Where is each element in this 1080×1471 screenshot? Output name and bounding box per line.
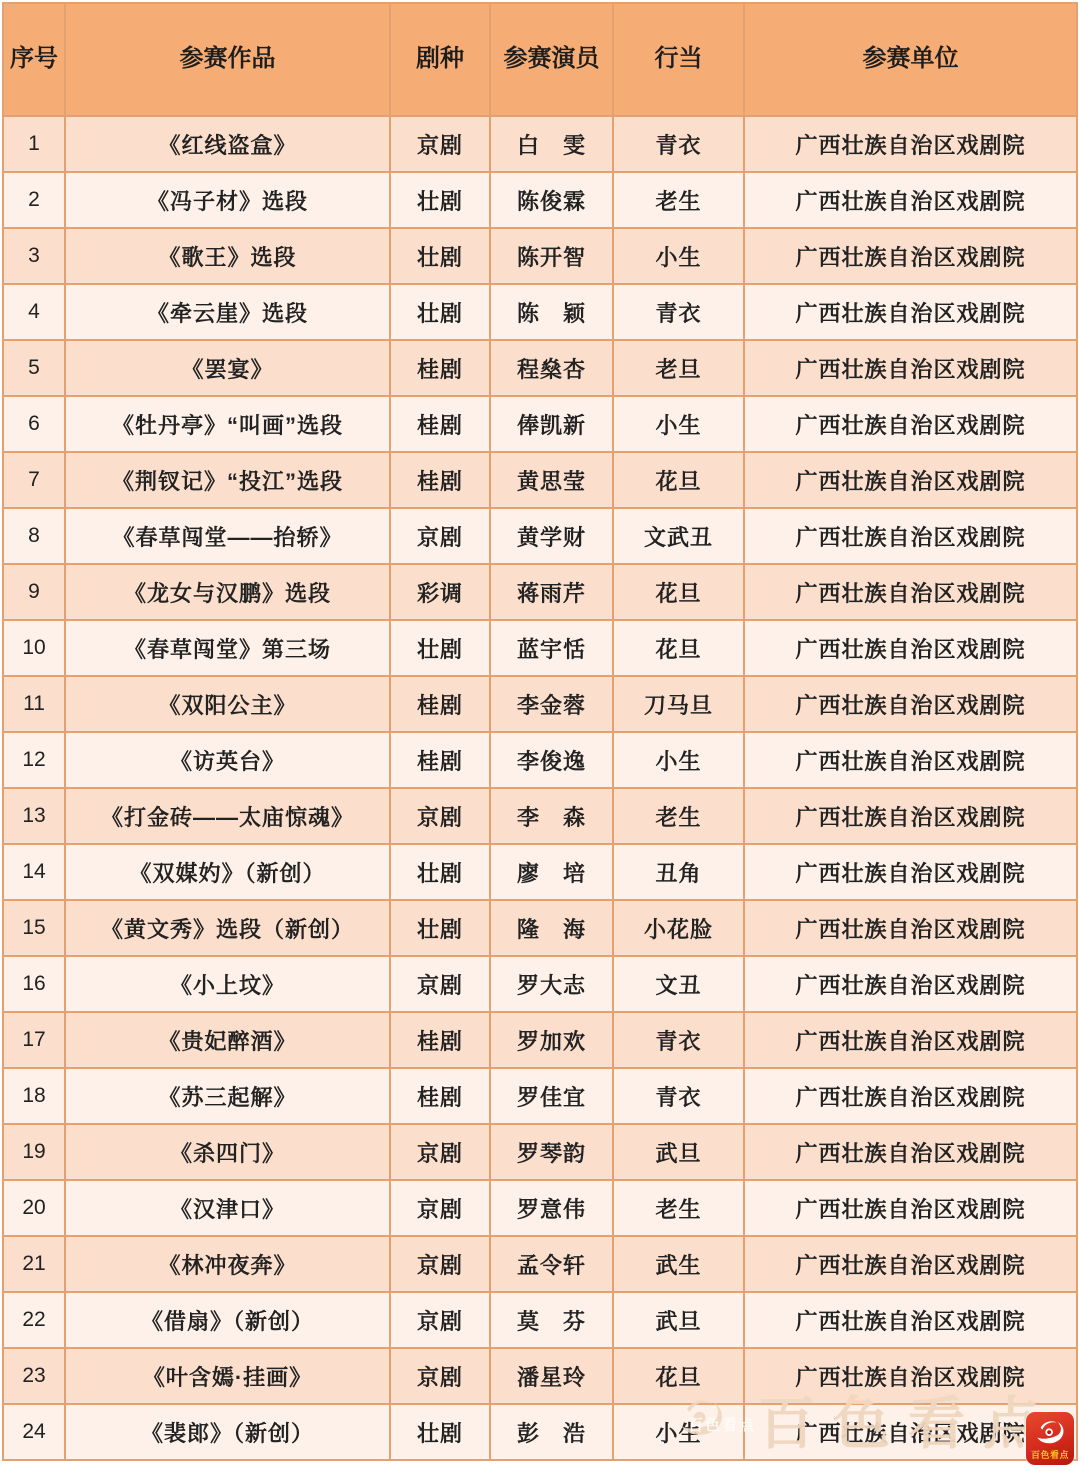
cell-no: 9 [3, 564, 65, 620]
cell-work: 《贵妃醉酒》 [65, 1012, 390, 1068]
cell-unit: 广西壮族自治区戏剧院 [744, 452, 1077, 508]
cell-role: 小生 [613, 396, 744, 452]
cell-unit: 广西壮族自治区戏剧院 [744, 1348, 1077, 1404]
cell-no: 5 [3, 340, 65, 396]
cell-no: 19 [3, 1124, 65, 1180]
cell-genre: 京剧 [390, 1124, 490, 1180]
table-row: 1《红线盗盒》京剧白 雯青衣广西壮族自治区戏剧院 [3, 116, 1077, 172]
cell-role: 小生 [613, 732, 744, 788]
table-row: 13《打金砖——太庙惊魂》京剧李 森老生广西壮族自治区戏剧院 [3, 788, 1077, 844]
header-unit: 参赛单位 [744, 3, 1077, 116]
cell-unit: 广西壮族自治区戏剧院 [744, 1068, 1077, 1124]
cell-no: 22 [3, 1292, 65, 1348]
cell-performer: 隆 海 [490, 900, 613, 956]
cell-performer: 程燊杏 [490, 340, 613, 396]
table-row: 2《冯子材》选段壮剧陈俊霖老生广西壮族自治区戏剧院 [3, 172, 1077, 228]
cell-performer: 陈开智 [490, 228, 613, 284]
cell-performer: 罗大志 [490, 956, 613, 1012]
cell-work: 《荆钗记》“投江”选段 [65, 452, 390, 508]
cell-no: 13 [3, 788, 65, 844]
cell-performer: 黄学财 [490, 508, 613, 564]
cell-no: 11 [3, 676, 65, 732]
cell-role: 武旦 [613, 1124, 744, 1180]
cell-no: 6 [3, 396, 65, 452]
cell-work: 《访英台》 [65, 732, 390, 788]
cell-genre: 京剧 [390, 1236, 490, 1292]
table-row: 23《叶含嫣·挂画》京剧潘星玲花旦广西壮族自治区戏剧院 [3, 1348, 1077, 1404]
cell-role: 花旦 [613, 1348, 744, 1404]
cell-unit: 广西壮族自治区戏剧院 [744, 788, 1077, 844]
cell-no: 16 [3, 956, 65, 1012]
table-row: 16《小上坟》京剧罗大志文丑广西壮族自治区戏剧院 [3, 956, 1077, 1012]
roster-table: 序号 参赛作品 剧种 参赛演员 行当 参赛单位 1《红线盗盒》京剧白 雯青衣广西… [2, 2, 1078, 1461]
cell-genre: 壮剧 [390, 844, 490, 900]
cell-role: 青衣 [613, 116, 744, 172]
cell-role: 花旦 [613, 564, 744, 620]
cell-unit: 广西壮族自治区戏剧院 [744, 1124, 1077, 1180]
table-row: 6《牡丹亭》“叫画”选段桂剧俸凯新小生广西壮族自治区戏剧院 [3, 396, 1077, 452]
table-row: 20《汉津口》京剧罗意伟老生广西壮族自治区戏剧院 [3, 1180, 1077, 1236]
cell-performer: 廖 培 [490, 844, 613, 900]
cell-work: 《打金砖——太庙惊魂》 [65, 788, 390, 844]
cell-work: 《小上坟》 [65, 956, 390, 1012]
table-row: 5《罢宴》桂剧程燊杏老旦广西壮族自治区戏剧院 [3, 340, 1077, 396]
cell-work: 《牵云崖》选段 [65, 284, 390, 340]
cell-role: 小花脸 [613, 900, 744, 956]
site-logo-badge: 百色看点 [1026, 1412, 1074, 1465]
cell-no: 12 [3, 732, 65, 788]
cell-no: 18 [3, 1068, 65, 1124]
header-performer: 参赛演员 [490, 3, 613, 116]
cell-genre: 壮剧 [390, 228, 490, 284]
cell-no: 1 [3, 116, 65, 172]
cell-no: 23 [3, 1348, 65, 1404]
cell-genre: 京剧 [390, 508, 490, 564]
cell-work: 《裴郎》（新创） [65, 1404, 390, 1460]
table-row: 10《春草闯堂》第三场壮剧蓝宇恬花旦广西壮族自治区戏剧院 [3, 620, 1077, 676]
cell-role: 小生 [613, 1404, 744, 1460]
cell-performer: 罗加欢 [490, 1012, 613, 1068]
cell-genre: 壮剧 [390, 172, 490, 228]
cell-unit: 广西壮族自治区戏剧院 [744, 900, 1077, 956]
cell-no: 4 [3, 284, 65, 340]
cell-work: 《歌王》选段 [65, 228, 390, 284]
table-row: 19《杀四门》京剧罗琴韵武旦广西壮族自治区戏剧院 [3, 1124, 1077, 1180]
cell-performer: 李金蓉 [490, 676, 613, 732]
cell-role: 老旦 [613, 340, 744, 396]
cell-work: 《双媒妁》（新创） [65, 844, 390, 900]
table-body: 1《红线盗盒》京剧白 雯青衣广西壮族自治区戏剧院2《冯子材》选段壮剧陈俊霖老生广… [3, 116, 1077, 1460]
cell-unit: 广西壮族自治区戏剧院 [744, 1012, 1077, 1068]
cell-no: 14 [3, 844, 65, 900]
cell-unit: 广西壮族自治区戏剧院 [744, 340, 1077, 396]
cell-unit: 广西壮族自治区戏剧院 [744, 1180, 1077, 1236]
table-row: 4《牵云崖》选段壮剧陈 颖青衣广西壮族自治区戏剧院 [3, 284, 1077, 340]
header-work: 参赛作品 [65, 3, 390, 116]
cell-unit: 广西壮族自治区戏剧院 [744, 620, 1077, 676]
cell-performer: 陈 颖 [490, 284, 613, 340]
cell-work: 《叶含嫣·挂画》 [65, 1348, 390, 1404]
cell-genre: 桂剧 [390, 1068, 490, 1124]
cell-work: 《林冲夜奔》 [65, 1236, 390, 1292]
cell-work: 《红线盗盒》 [65, 116, 390, 172]
cell-role: 文丑 [613, 956, 744, 1012]
logo-swirl-icon [1031, 1416, 1069, 1450]
cell-unit: 广西壮族自治区戏剧院 [744, 564, 1077, 620]
cell-no: 15 [3, 900, 65, 956]
page-canvas: 序号 参赛作品 剧种 参赛演员 行当 参赛单位 1《红线盗盒》京剧白 雯青衣广西… [0, 0, 1080, 1471]
cell-no: 21 [3, 1236, 65, 1292]
header-genre: 剧种 [390, 3, 490, 116]
cell-genre: 京剧 [390, 1348, 490, 1404]
logo-badge-text: 百色看点 [1031, 1451, 1069, 1460]
cell-genre: 桂剧 [390, 732, 490, 788]
table-row: 8《春草闯堂——抬轿》京剧黄学财文武丑广西壮族自治区戏剧院 [3, 508, 1077, 564]
table-row: 22《借扇》（新创）京剧莫 芬武旦广西壮族自治区戏剧院 [3, 1292, 1077, 1348]
cell-no: 20 [3, 1180, 65, 1236]
table-row: 21《林冲夜奔》京剧孟令轩武生广西壮族自治区戏剧院 [3, 1236, 1077, 1292]
cell-work: 《苏三起解》 [65, 1068, 390, 1124]
table-row: 17《贵妃醉酒》桂剧罗加欢青衣广西壮族自治区戏剧院 [3, 1012, 1077, 1068]
cell-work: 《借扇》（新创） [65, 1292, 390, 1348]
cell-performer: 潘星玲 [490, 1348, 613, 1404]
cell-genre: 京剧 [390, 1180, 490, 1236]
cell-work: 《双阳公主》 [65, 676, 390, 732]
cell-genre: 桂剧 [390, 452, 490, 508]
cell-genre: 京剧 [390, 956, 490, 1012]
cell-no: 2 [3, 172, 65, 228]
cell-genre: 壮剧 [390, 1404, 490, 1460]
cell-unit: 广西壮族自治区戏剧院 [744, 396, 1077, 452]
cell-role: 老生 [613, 788, 744, 844]
cell-performer: 孟令轩 [490, 1236, 613, 1292]
cell-unit: 广西壮族自治区戏剧院 [744, 676, 1077, 732]
cell-genre: 桂剧 [390, 340, 490, 396]
cell-unit: 广西壮族自治区戏剧院 [744, 228, 1077, 284]
cell-work: 《罢宴》 [65, 340, 390, 396]
cell-performer: 李俊逸 [490, 732, 613, 788]
cell-performer: 黄思莹 [490, 452, 613, 508]
cell-work: 《冯子材》选段 [65, 172, 390, 228]
cell-genre: 桂剧 [390, 396, 490, 452]
cell-genre: 桂剧 [390, 1012, 490, 1068]
cell-role: 青衣 [613, 1012, 744, 1068]
cell-performer: 陈俊霖 [490, 172, 613, 228]
table-row: 11《双阳公主》桂剧李金蓉刀马旦广西壮族自治区戏剧院 [3, 676, 1077, 732]
cell-role: 花旦 [613, 452, 744, 508]
table-row: 24《裴郎》（新创）壮剧彭 浩小生广西壮族自治区戏剧院 [3, 1404, 1077, 1460]
table-row: 14《双媒妁》（新创）壮剧廖 培丑角广西壮族自治区戏剧院 [3, 844, 1077, 900]
table-row: 3《歌王》选段壮剧陈开智小生广西壮族自治区戏剧院 [3, 228, 1077, 284]
cell-work: 《春草闯堂——抬轿》 [65, 508, 390, 564]
cell-genre: 京剧 [390, 1292, 490, 1348]
cell-performer: 蒋雨芹 [490, 564, 613, 620]
cell-unit: 广西壮族自治区戏剧院 [744, 508, 1077, 564]
cell-performer: 蓝宇恬 [490, 620, 613, 676]
cell-role: 青衣 [613, 1068, 744, 1124]
cell-no: 3 [3, 228, 65, 284]
cell-role: 丑角 [613, 844, 744, 900]
cell-genre: 桂剧 [390, 676, 490, 732]
cell-unit: 广西壮族自治区戏剧院 [744, 956, 1077, 1012]
table-row: 18《苏三起解》桂剧罗佳宜青衣广西壮族自治区戏剧院 [3, 1068, 1077, 1124]
cell-performer: 莫 芬 [490, 1292, 613, 1348]
cell-work: 《汉津口》 [65, 1180, 390, 1236]
table-row: 9《龙女与汉鹏》选段彩调蒋雨芹花旦广西壮族自治区戏剧院 [3, 564, 1077, 620]
cell-work: 《杀四门》 [65, 1124, 390, 1180]
cell-work: 《春草闯堂》第三场 [65, 620, 390, 676]
cell-no: 8 [3, 508, 65, 564]
cell-role: 刀马旦 [613, 676, 744, 732]
cell-no: 10 [3, 620, 65, 676]
cell-genre: 彩调 [390, 564, 490, 620]
cell-role: 小生 [613, 228, 744, 284]
table-row: 15《黄文秀》选段（新创）壮剧隆 海小花脸广西壮族自治区戏剧院 [3, 900, 1077, 956]
cell-unit: 广西壮族自治区戏剧院 [744, 1236, 1077, 1292]
cell-role: 文武丑 [613, 508, 744, 564]
cell-genre: 壮剧 [390, 900, 490, 956]
cell-genre: 京剧 [390, 116, 490, 172]
cell-role: 老生 [613, 1180, 744, 1236]
cell-unit: 广西壮族自治区戏剧院 [744, 844, 1077, 900]
cell-performer: 罗琴韵 [490, 1124, 613, 1180]
cell-unit: 广西壮族自治区戏剧院 [744, 732, 1077, 788]
cell-genre: 壮剧 [390, 620, 490, 676]
cell-unit: 广西壮族自治区戏剧院 [744, 116, 1077, 172]
table-header: 序号 参赛作品 剧种 参赛演员 行当 参赛单位 [3, 3, 1077, 116]
table-row: 12《访英台》桂剧李俊逸小生广西壮族自治区戏剧院 [3, 732, 1077, 788]
cell-performer: 彭 浩 [490, 1404, 613, 1460]
cell-work: 《黄文秀》选段（新创） [65, 900, 390, 956]
cell-work: 《牡丹亭》“叫画”选段 [65, 396, 390, 452]
cell-performer: 白 雯 [490, 116, 613, 172]
cell-unit: 广西壮族自治区戏剧院 [744, 172, 1077, 228]
header-role: 行当 [613, 3, 744, 116]
cell-performer: 罗意伟 [490, 1180, 613, 1236]
cell-role: 青衣 [613, 284, 744, 340]
cell-performer: 罗佳宜 [490, 1068, 613, 1124]
cell-genre: 京剧 [390, 788, 490, 844]
cell-genre: 壮剧 [390, 284, 490, 340]
cell-no: 24 [3, 1404, 65, 1460]
cell-work: 《龙女与汉鹏》选段 [65, 564, 390, 620]
cell-role: 武旦 [613, 1292, 744, 1348]
table-row: 7《荆钗记》“投江”选段桂剧黄思莹花旦广西壮族自治区戏剧院 [3, 452, 1077, 508]
cell-performer: 李 森 [490, 788, 613, 844]
header-no: 序号 [3, 3, 65, 116]
cell-role: 花旦 [613, 620, 744, 676]
cell-role: 老生 [613, 172, 744, 228]
cell-performer: 俸凯新 [490, 396, 613, 452]
cell-unit: 广西壮族自治区戏剧院 [744, 284, 1077, 340]
cell-no: 7 [3, 452, 65, 508]
header-row: 序号 参赛作品 剧种 参赛演员 行当 参赛单位 [3, 3, 1077, 116]
cell-role: 武生 [613, 1236, 744, 1292]
cell-no: 17 [3, 1012, 65, 1068]
cell-unit: 广西壮族自治区戏剧院 [744, 1292, 1077, 1348]
